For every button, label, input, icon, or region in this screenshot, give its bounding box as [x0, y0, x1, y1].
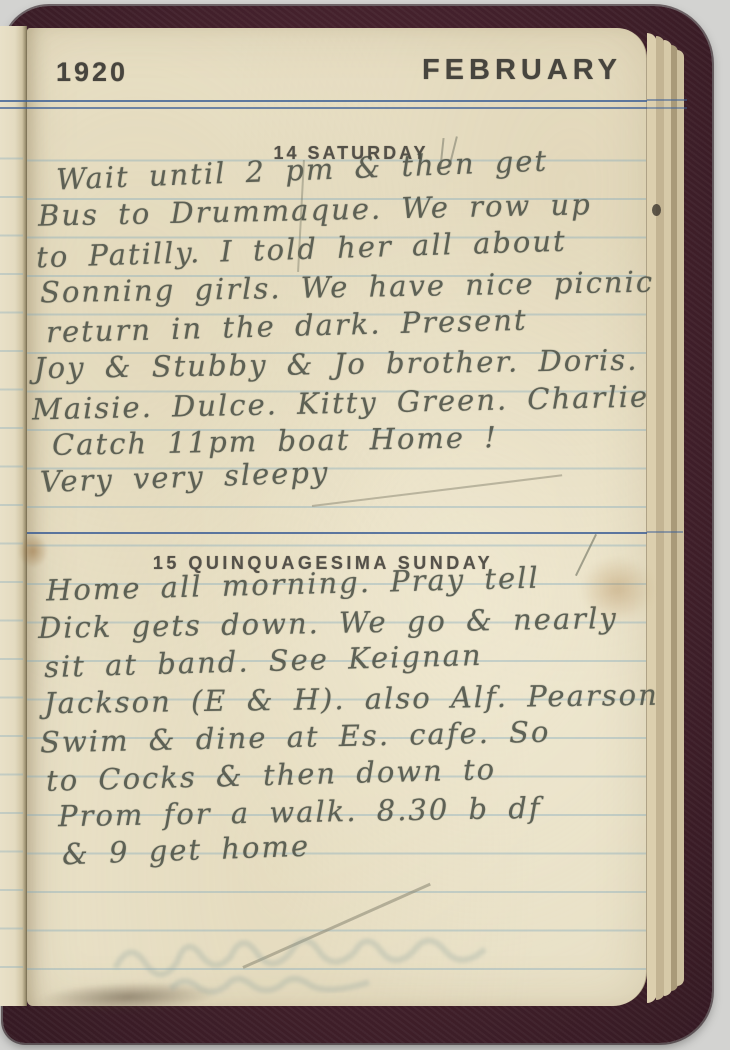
- rule-mark-on-page-edges: [647, 531, 683, 533]
- diary-photo: 1920 FEBRUARY 14 SATURDAY 15 QUINQUAGESI…: [0, 0, 730, 1050]
- rule-mark-on-page-edges: [647, 99, 687, 109]
- stain: [580, 556, 655, 622]
- year-label: 1920: [56, 57, 128, 88]
- stain: [652, 204, 661, 216]
- month-label: FEBRUARY: [422, 54, 622, 87]
- show-through-writing: [109, 907, 581, 1001]
- facing-page-edge: [0, 26, 27, 1006]
- page-edge-stack: [677, 50, 684, 986]
- stain: [18, 534, 48, 568]
- section-divider-rule: [27, 532, 647, 534]
- header-double-rule: [0, 100, 647, 109]
